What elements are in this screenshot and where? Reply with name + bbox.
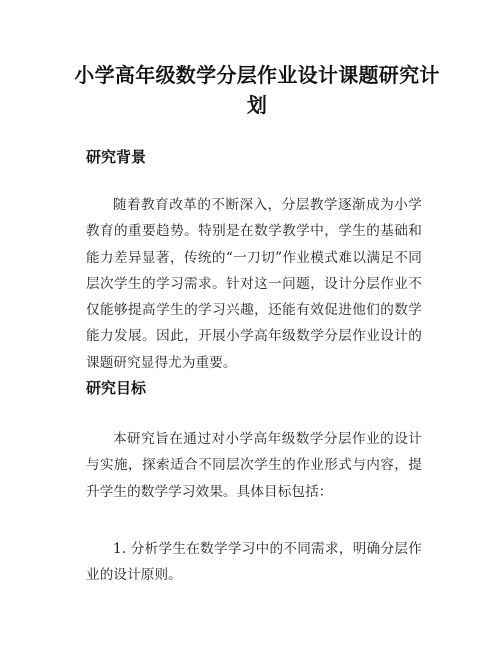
goal-item-1: 1. 分析学生在数学学习中的不同需求，明确分层作业的设计原则。 <box>86 536 422 589</box>
background-paragraph: 随着教育改革的不断深入，分层教学逐渐成为小学教育的重要趋势。特别是在数学教学中，… <box>86 192 422 376</box>
section-heading-background: 研究背景 <box>86 147 146 167</box>
goals-intro-paragraph: 本研究旨在通过对小学高年级数学分层作业的设计与实施，探索适合不同层次学生的作业形… <box>86 426 422 505</box>
section-heading-goals: 研究目标 <box>86 378 146 398</box>
document-page: 小学高年级数学分层作业设计课题研究计划 研究背景 随着教育改革的不断深入，分层教… <box>0 0 500 647</box>
document-title: 小学高年级数学分层作业设计课题研究计划 <box>72 60 442 120</box>
